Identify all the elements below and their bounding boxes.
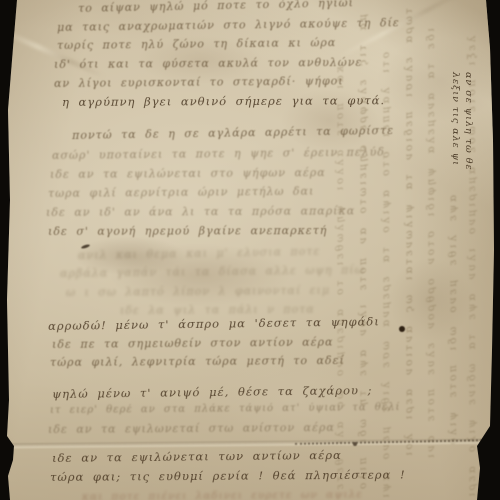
bleedthrough-line: αψε λιθε μενο ωδι ποτε ψιλο [447,195,459,447]
bleedthrough-line: ιδε τα ανεμελα ψηφιδι στον ορθρον ελυε π… [425,28,437,461]
manuscript-line: τωρα φιλί αερνίτρια ώριν μετήλω δαι [48,185,314,200]
manuscript-line: ιδε αν τα εψιλώνεται στο ψήφων αέρα [50,166,326,181]
bleedthrough-line: και ποτε αλλοι ψηλωθει το αμεριμνο ως αλ… [334,66,346,492]
bleedthrough-line: μα τις ελαφρε σημειωτο αν ποτε ιλυν αψε … [357,14,369,492]
ink-blot [353,442,357,446]
manuscript-line: ιδε αν τα εψιλωνεταί στω ανίστον αέρα [48,421,335,436]
manuscript-line: ιδε αν ιδ' αν άνα λι τα τα πρόσα απαρίκα [46,204,355,219]
bleedthrough-line: τωρα ελυσι πεδιον τα ψιλωνεται ως αντιον… [403,8,415,459]
manuscript-line: ιδε πε τα σημειωθείν στον αντίον αέρα [52,336,333,351]
bleedthrough-line: οτι λαμπει στο αψιλο τα ερεμνα ωσε λιθε … [380,52,392,500]
margin-annotation: λεξιν τις αλε ψι αν σε ψιλη τω θε [450,72,474,171]
margin-annotation-column: λεξιν τις αλε ψι [450,72,461,171]
photo-background: το αίψαν ψηλώ μό ποτε το όχλο ηγίωι μα τ… [0,0,500,500]
manuscript-line: τώρα φιλί, λεφνιτρία τώρα μεστή το αδεί [50,354,345,369]
manuscript-line: ω ι σω λαπτό λίπον λ φαινονταί ειμ [66,284,330,299]
ink-blot [399,326,405,332]
manuscript-line: ιδε σ' αγονή ηρεμού βγαίνε ανεπαρκετή [48,224,327,238]
manuscript-page: το αίψαν ψηλώ μό ποτε το όχλο ηγίωι μα τ… [0,0,500,500]
manuscript-line: αν λίγοι ευρισκονταί το στεγαρδί· ψήφοι [54,74,344,90]
manuscript-line-cutoff: και ποτε πιένει λαδινει ευρετε ων αψιλε [82,489,363,500]
manuscript-line: ιδ' ότι και τα φύσετα ακυλά τον ανθυλώνε [54,56,362,71]
manuscript-line: τώρα φαι; τις ευθυμί ρενία ! θεά πλησιέσ… [50,468,406,484]
margin-annotation-column: αν σε ψιλη τω θε [463,72,474,171]
